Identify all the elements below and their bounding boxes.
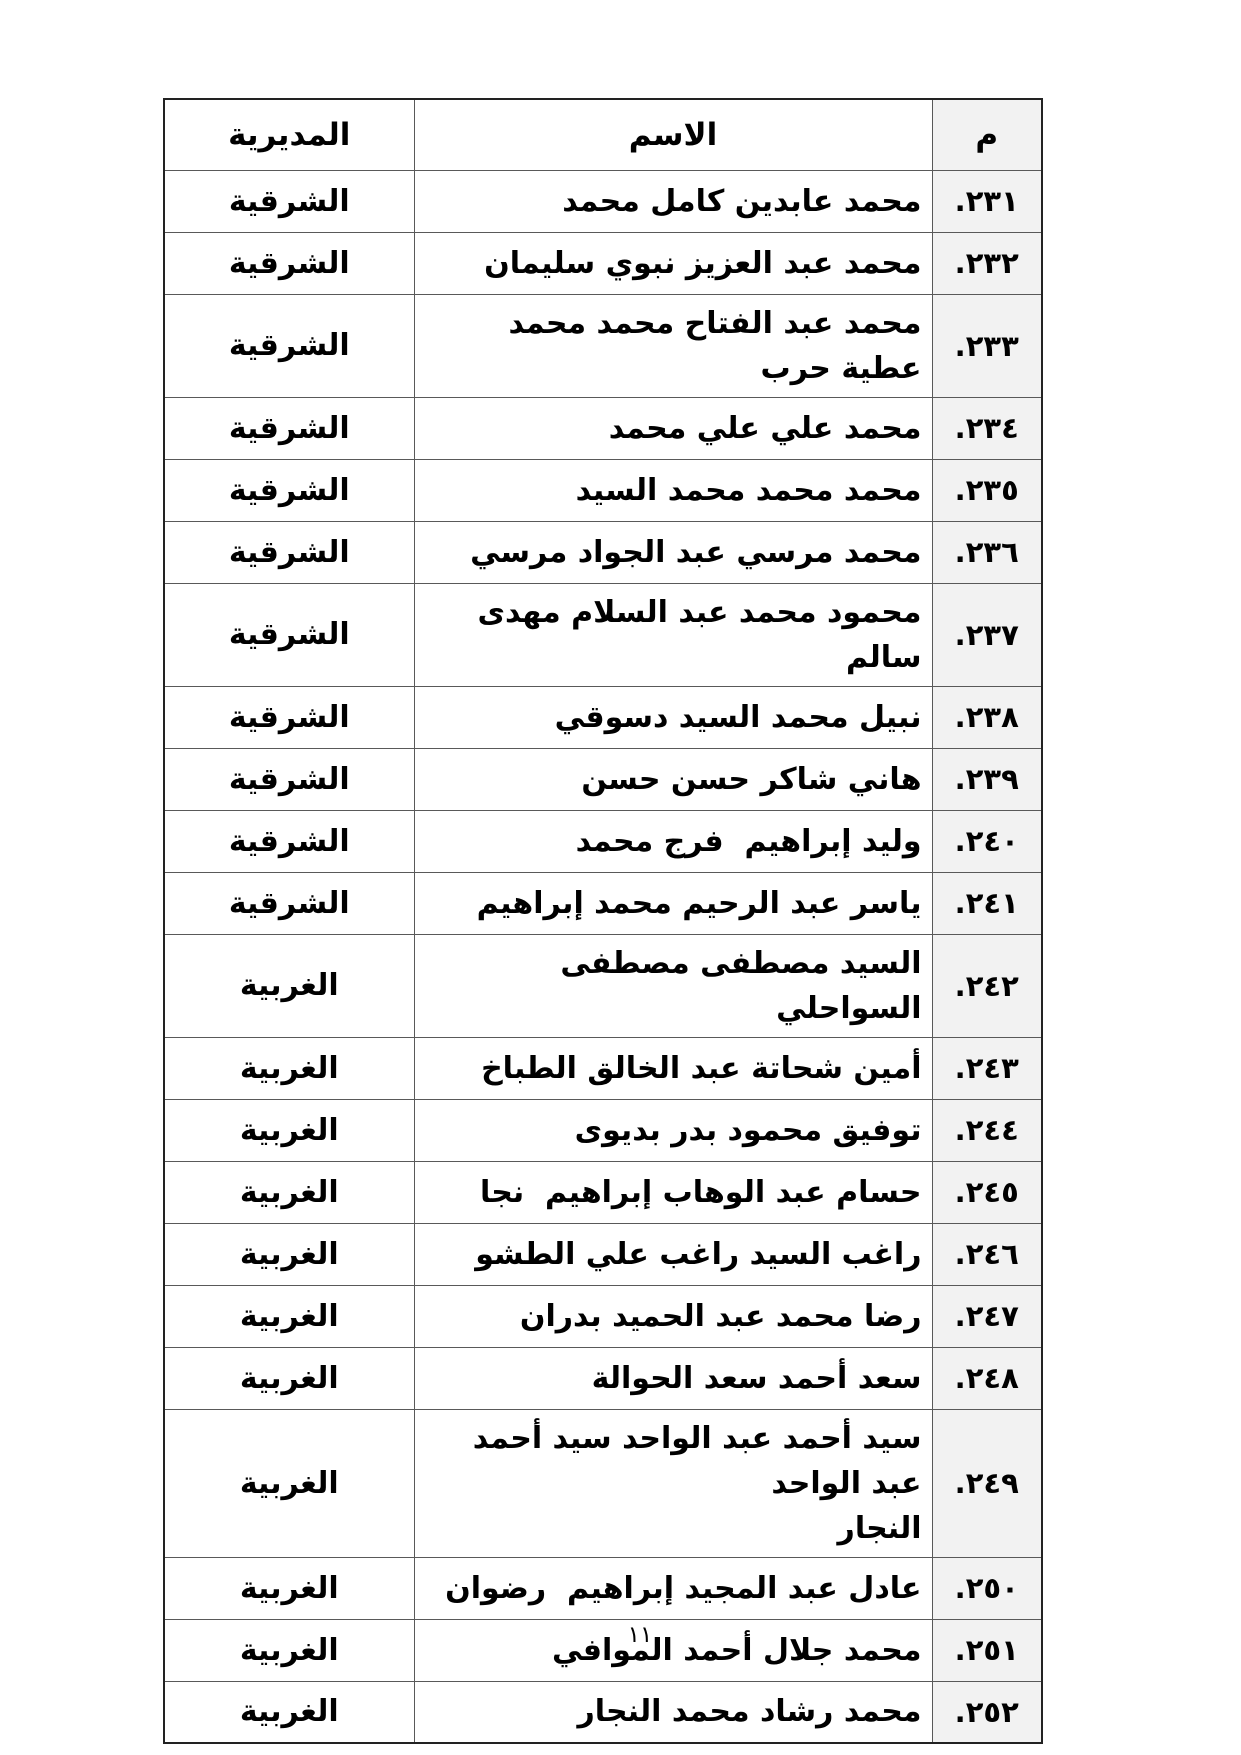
header-directorate: المديرية: [164, 99, 414, 170]
table-row: ٢٣١. محمد عابدين كامل محمد الشرقية: [164, 170, 1042, 232]
row-number-cell: ٢٤٤.: [932, 1099, 1042, 1161]
table-row: ٢٤٣. أمين شحاتة عبد الخالق الطباخ الغربي…: [164, 1037, 1042, 1099]
row-number-cell: ٢٥٢.: [932, 1681, 1042, 1743]
row-name-cell: توفيق محمود بدر بديوى: [414, 1099, 932, 1161]
roster-table: م الاسم المديرية ٢٣١. محمد عابدين كامل م…: [163, 98, 1043, 1744]
row-directorate-cell: الغربية: [164, 1681, 414, 1743]
row-name-cell: محمود محمد عبد السلام مهدى سالم: [414, 583, 932, 686]
table-row: ٢٤٤. توفيق محمود بدر بديوى الغربية: [164, 1099, 1042, 1161]
row-name-cell: حسام عبد الوهاب إبراهيم نجا: [414, 1161, 932, 1223]
table-row: ٢٣٦. محمد مرسي عبد الجواد مرسي الشرقية: [164, 521, 1042, 583]
table-row: ٢٥٢. محمد رشاد محمد النجار الغربية: [164, 1681, 1042, 1743]
row-directorate-cell: الشرقية: [164, 170, 414, 232]
table-row: ٢٣٣. محمد عبد الفتاح محمد محمد عطية حرب …: [164, 294, 1042, 397]
row-directorate-cell: الشرقية: [164, 521, 414, 583]
row-directorate-cell: الشرقية: [164, 294, 414, 397]
row-directorate-cell: الغربية: [164, 1161, 414, 1223]
header-number: م: [932, 99, 1042, 170]
row-name-cell: راغب السيد راغب علي الطشو: [414, 1223, 932, 1285]
row-name-cell: نبيل محمد السيد دسوقي: [414, 686, 932, 748]
row-name-cell: محمد محمد محمد السيد: [414, 459, 932, 521]
table-row: ٢٥٠. عادل عبد المجيد إبراهيم رضوان الغرب…: [164, 1557, 1042, 1619]
row-name-cell: السيد مصطفى مصطفى السواحلي: [414, 934, 932, 1037]
row-name-cell: عادل عبد المجيد إبراهيم رضوان: [414, 1557, 932, 1619]
table-row: ٢٤٧. رضا محمد عبد الحميد بدران الغربية: [164, 1285, 1042, 1347]
row-number-cell: ٢٤١.: [932, 872, 1042, 934]
table-row: ٢٤٩. سيد أحمد عبد الواحد سيد أحمد عبد ال…: [164, 1409, 1042, 1557]
row-number-cell: ٢٤٨.: [932, 1347, 1042, 1409]
header-name: الاسم: [414, 99, 932, 170]
table-row: ٢٤٦. راغب السيد راغب علي الطشو الغربية: [164, 1223, 1042, 1285]
row-directorate-cell: الغربية: [164, 1099, 414, 1161]
row-number-cell: ٢٤٥.: [932, 1161, 1042, 1223]
table-row: ٢٣٨. نبيل محمد السيد دسوقي الشرقية: [164, 686, 1042, 748]
table-row: ٢٤٠. وليد إبراهيم فرج محمد الشرقية: [164, 810, 1042, 872]
row-number-cell: ٢٤٠.: [932, 810, 1042, 872]
table-row: ٢٣٢. محمد عبد العزيز نبوي سليمان الشرقية: [164, 232, 1042, 294]
row-number-cell: ٢٣٤.: [932, 397, 1042, 459]
row-number-cell: ٢٤٦.: [932, 1223, 1042, 1285]
row-name-cell: وليد إبراهيم فرج محمد: [414, 810, 932, 872]
row-directorate-cell: الغربية: [164, 1037, 414, 1099]
document-page: م الاسم المديرية ٢٣١. محمد عابدين كامل م…: [0, 0, 1241, 1755]
row-directorate-cell: الغربية: [164, 1557, 414, 1619]
row-name-cell: محمد مرسي عبد الجواد مرسي: [414, 521, 932, 583]
table-row: ٢٣٧. محمود محمد عبد السلام مهدى سالم الش…: [164, 583, 1042, 686]
row-number-cell: ٢٣٥.: [932, 459, 1042, 521]
row-number-cell: ٢٣٢.: [932, 232, 1042, 294]
row-directorate-cell: الغربية: [164, 1619, 414, 1681]
table-row: ٢٣٤. محمد علي علي محمد الشرقية: [164, 397, 1042, 459]
table-row: ٢٤٥. حسام عبد الوهاب إبراهيم نجا الغربية: [164, 1161, 1042, 1223]
row-name-cell: أمين شحاتة عبد الخالق الطباخ: [414, 1037, 932, 1099]
row-number-cell: ٢٣٦.: [932, 521, 1042, 583]
table-row: ٢٤١. ياسر عبد الرحيم محمد إبراهيم الشرقي…: [164, 872, 1042, 934]
row-number-cell: ٢٣٣.: [932, 294, 1042, 397]
table-row: ٢٣٥. محمد محمد محمد السيد الشرقية: [164, 459, 1042, 521]
row-number-cell: ٢٣٨.: [932, 686, 1042, 748]
page-number: ١١: [540, 1622, 740, 1648]
row-directorate-cell: الغربية: [164, 1347, 414, 1409]
row-directorate-cell: الغربية: [164, 934, 414, 1037]
row-number-cell: ٢٤٣.: [932, 1037, 1042, 1099]
row-directorate-cell: الشرقية: [164, 232, 414, 294]
table-row: ٢٣٩. هاني شاكر حسن حسن الشرقية: [164, 748, 1042, 810]
row-number-cell: ٢٥١.: [932, 1619, 1042, 1681]
table-header: م الاسم المديرية: [164, 99, 1042, 170]
row-number-cell: ٢٣١.: [932, 170, 1042, 232]
table-row: ٢٤٨. سعد أحمد سعد الحوالة الغربية: [164, 1347, 1042, 1409]
row-name-cell: محمد عابدين كامل محمد: [414, 170, 932, 232]
row-directorate-cell: الشرقية: [164, 872, 414, 934]
row-name-cell: ياسر عبد الرحيم محمد إبراهيم: [414, 872, 932, 934]
row-directorate-cell: الشرقية: [164, 810, 414, 872]
row-name-cell: رضا محمد عبد الحميد بدران: [414, 1285, 932, 1347]
row-directorate-cell: الشرقية: [164, 748, 414, 810]
table-body: ٢٣١. محمد عابدين كامل محمد الشرقية ٢٣٢. …: [164, 170, 1042, 1743]
row-name-cell: محمد علي علي محمد: [414, 397, 932, 459]
row-directorate-cell: الشرقية: [164, 583, 414, 686]
row-name-cell: سيد أحمد عبد الواحد سيد أحمد عبد الواحد …: [414, 1409, 932, 1557]
row-directorate-cell: الغربية: [164, 1223, 414, 1285]
row-name-cell: سعد أحمد سعد الحوالة: [414, 1347, 932, 1409]
header-row: م الاسم المديرية: [164, 99, 1042, 170]
row-name-cell: محمد عبد العزيز نبوي سليمان: [414, 232, 932, 294]
row-directorate-cell: الغربية: [164, 1285, 414, 1347]
row-name-cell: محمد رشاد محمد النجار: [414, 1681, 932, 1743]
row-number-cell: ٢٣٧.: [932, 583, 1042, 686]
row-directorate-cell: الشرقية: [164, 397, 414, 459]
row-number-cell: ٢٤٧.: [932, 1285, 1042, 1347]
row-name-cell: هاني شاكر حسن حسن: [414, 748, 932, 810]
row-number-cell: ٢٤٢.: [932, 934, 1042, 1037]
row-directorate-cell: الغربية: [164, 1409, 414, 1557]
row-name-cell: محمد عبد الفتاح محمد محمد عطية حرب: [414, 294, 932, 397]
row-number-cell: ٢٤٩.: [932, 1409, 1042, 1557]
row-directorate-cell: الشرقية: [164, 686, 414, 748]
row-number-cell: ٢٥٠.: [932, 1557, 1042, 1619]
row-number-cell: ٢٣٩.: [932, 748, 1042, 810]
row-directorate-cell: الشرقية: [164, 459, 414, 521]
table-row: ٢٤٢. السيد مصطفى مصطفى السواحلي الغربية: [164, 934, 1042, 1037]
